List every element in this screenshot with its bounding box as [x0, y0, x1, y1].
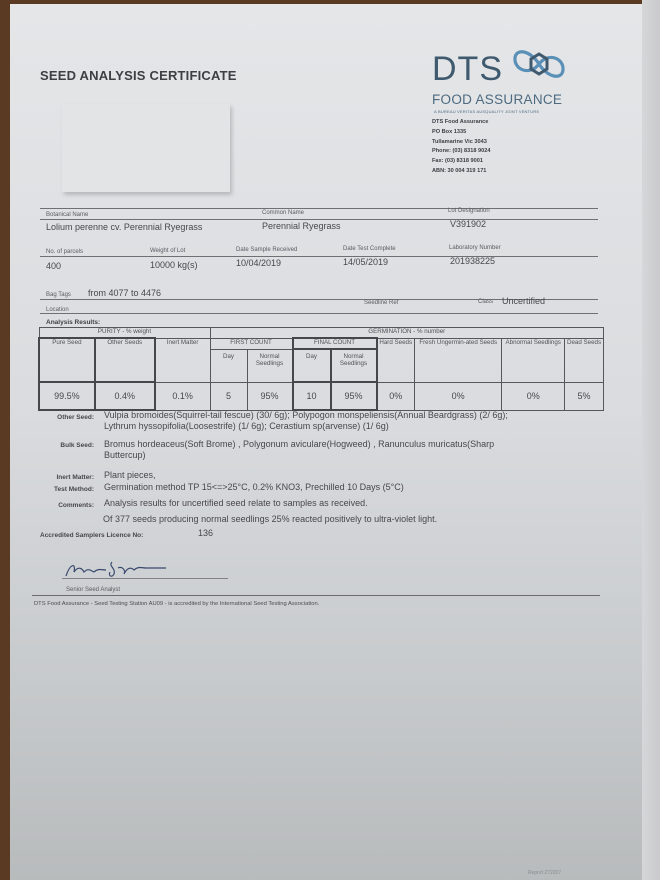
class-label: Class [478, 299, 493, 305]
document-title: SEED ANALYSIS CERTIFICATE [40, 68, 237, 83]
col-dead: Dead Seeds [565, 338, 604, 382]
comments-line2: Of 377 seeds producing normal seedlings … [103, 514, 437, 525]
pure-seed-value: 99.5% [39, 382, 95, 410]
test-method-text: Germination method TP 15<=>25°C, 0.2% KN… [104, 482, 404, 493]
parcels-value: 400 [46, 261, 61, 271]
address-line: DTS Food Assurance [432, 118, 490, 128]
report-number: Report 272207 [528, 870, 561, 876]
common-name-value: Perennial Ryegrass [262, 221, 341, 231]
logo-subtitle: FOOD ASSURANCE [432, 92, 562, 107]
hard-seeds-value: 0% [377, 382, 415, 410]
lab-number-label: Laboratory Number [449, 245, 501, 251]
other-seeds-value: 0.4% [95, 382, 155, 410]
address-line: ABN: 30 004 319 171 [432, 167, 490, 177]
licence-label: Accredited Samplers Licence No: [40, 532, 143, 539]
botanical-name-label: Botanical Name [46, 212, 88, 218]
common-name-label: Common Name [262, 210, 304, 216]
divider [40, 313, 598, 314]
divider [40, 256, 598, 257]
handwritten-signature-icon [62, 556, 182, 580]
divider [32, 595, 600, 596]
address-line: PO Box 1335 [432, 128, 490, 138]
divider [40, 219, 598, 220]
address-line: Phone: (03) 8318 9024 [432, 147, 490, 157]
bulk-seed-line1: Bromus hordeaceus(Soft Brome) , Polygonu… [104, 439, 494, 450]
test-method-label: Test Method: [30, 486, 94, 493]
company-address: DTS Food Assurance PO Box 1335 Tullamari… [432, 118, 490, 177]
col-inert-matter: Inert Matter [155, 338, 210, 382]
col-pure-seed: Pure Seed [39, 338, 95, 382]
date-complete-value: 14/05/2019 [343, 257, 388, 267]
analysis-results-table: PURITY - % weight GERMINATION - % number… [38, 327, 604, 411]
divider [40, 208, 598, 209]
inert-matter-label: Inert Matter: [30, 474, 94, 481]
logo-tagline: A BUREAU VERITAS AUSQUALITY JOINT VENTUR… [434, 109, 539, 114]
fresh-ungerminated-value: 0% [414, 382, 501, 410]
analysis-results-heading: Analysis Results: [46, 319, 100, 326]
comments-label: Comments: [30, 502, 94, 509]
final-normal-value: 95% [331, 382, 377, 410]
logo-brand: DTS [432, 50, 503, 89]
first-day-value: 5 [210, 382, 247, 410]
date-received-label: Date Sample Received [236, 247, 297, 253]
final-count-header: FINAL COUNT [293, 338, 377, 349]
lab-number-value: 201938225 [450, 256, 495, 266]
date-complete-label: Date Test Complete [343, 246, 396, 252]
germination-header: GERMINATION - % number [210, 328, 604, 339]
date-received-value: 10/04/2019 [236, 258, 281, 268]
weight-value: 10000 kg(s) [150, 260, 198, 270]
signatory-title: Senior Seed Analyst [66, 587, 120, 593]
comments-line1: Analysis results for uncertified seed re… [104, 498, 368, 509]
parcels-label: No. of parcels [46, 249, 83, 255]
dead-value: 5% [565, 382, 604, 410]
company-logo: DTS FOOD ASSURANCE A BUREAU VERITAS AUSQ… [432, 40, 582, 120]
bulk-seed-label: Bulk Seed: [30, 442, 94, 449]
col-hard-seeds: Hard Seeds [377, 338, 415, 382]
first-count-header: FIRST COUNT [210, 338, 293, 349]
lot-designation-label: Lot Designation [448, 208, 490, 214]
col-final-normal: Normal Seedlings [331, 349, 377, 382]
col-first-normal: Normal Seedlings [247, 349, 293, 382]
col-other-seeds: Other Seeds [95, 338, 155, 382]
class-value: Uncertified [502, 296, 545, 306]
botanical-name-value: Lolium perenne cv. Perennial Ryegrass [46, 222, 202, 232]
bulk-seed-line2: Buttercup) [104, 450, 146, 461]
bag-tags-label: Bag Tags [46, 292, 71, 298]
purity-header: PURITY - % weight [39, 328, 210, 339]
signature-line [62, 578, 228, 579]
other-seed-line1: Vulpia bromoides(Squirrel-tail fescue) (… [104, 410, 508, 421]
first-normal-value: 95% [247, 382, 293, 410]
col-final-day: Day [293, 349, 331, 382]
licence-value: 136 [198, 528, 213, 539]
infinity-loop-icon [512, 44, 566, 84]
final-day-value: 10 [293, 382, 331, 410]
col-first-day: Day [210, 349, 247, 382]
address-line: Tullamarine Vic 3043 [432, 138, 490, 148]
abnormal-value: 0% [502, 382, 565, 410]
accreditation-footer: DTS Food Assurance - Seed Testing Statio… [34, 601, 319, 607]
col-fresh-ungerminated: Fresh Ungermin-ated Seeds [414, 338, 501, 382]
col-abnormal: Abnormal Seedlings [502, 338, 565, 382]
redacted-address-label [62, 104, 230, 192]
weight-label: Weight of Lot [150, 248, 185, 254]
inert-matter-value: 0.1% [155, 382, 210, 410]
other-seed-line2: Lythrum hyssopifolia(Loosestrife) (1/ 6g… [104, 421, 389, 432]
page-edge [642, 0, 660, 880]
lot-designation-value: V391902 [450, 219, 486, 229]
bag-tags-value: from 4077 to 4476 [88, 288, 161, 298]
inert-matter-text: Plant pieces, [104, 470, 156, 481]
other-seed-label: Other Seed: [30, 414, 94, 421]
address-line: Fax: (03) 8318 9001 [432, 157, 490, 167]
seedline-ref-label: Seedline Ref [364, 300, 398, 306]
